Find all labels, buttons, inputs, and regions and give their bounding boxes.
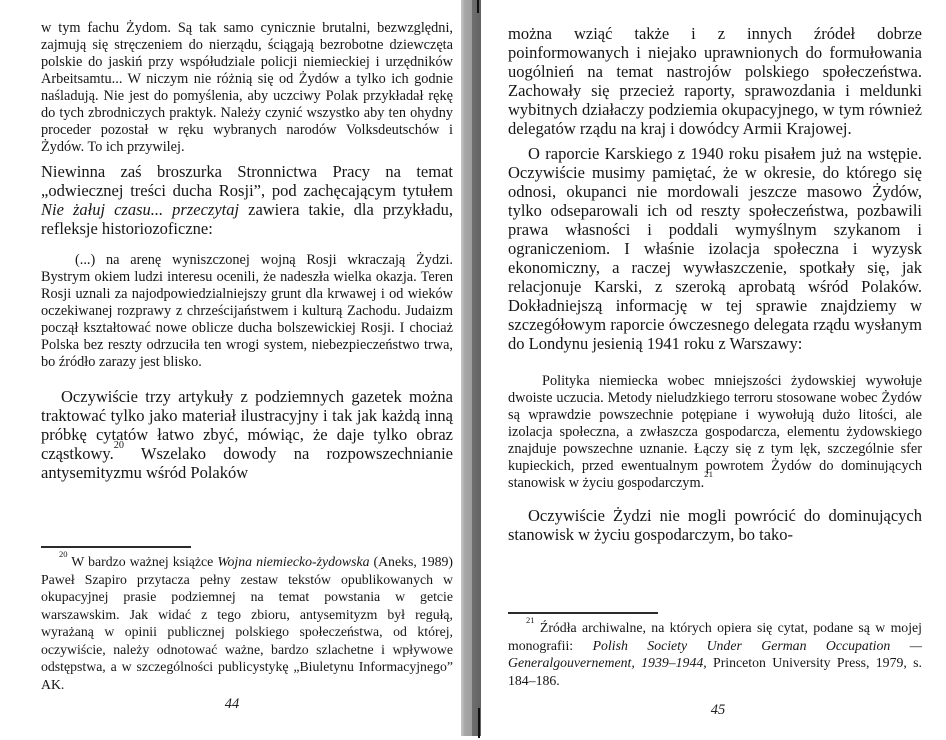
paragraph-oczywiscie: Oczywiście trzy artykuły z podziemnych g… [41,387,453,482]
gutter-mark-top [477,0,479,13]
footnote-21: 21 Źródła archiwalne, na których opiera … [508,619,922,689]
footnote-reference-20: 20 [114,440,124,451]
footnote-20-marker: 20 [59,549,68,559]
footnote-21-marker: 21 [526,615,535,625]
footnote-20-text: W bardzo ważnej książce [68,554,218,569]
footnote-rule [508,612,658,614]
footnote-area-right: 21 Źródła archiwalne, na których opiera … [508,612,922,689]
paragraph-zrodla: można wziąć także i z innych źródeł dobr… [508,24,922,138]
footnote-20-text-end: (Aneks, 1989) Paweł Szapiro przytacza pe… [41,554,453,692]
gutter-shadow-dark [472,0,481,736]
page-number-44: 44 [207,696,257,713]
footnote-rule [41,546,191,548]
gutter-shadow-light [461,0,472,736]
page-number-45: 45 [693,702,743,719]
page-45: można wziąć także i z innych źródeł dobr… [508,24,922,736]
paragraph-broszurka-text: Niewinna zaś broszurka Stronnictwa Pracy… [41,162,453,200]
paragraph-broszurka: Niewinna zaś broszurka Stronnictwa Pracy… [41,162,453,238]
paragraph-karski: O raporcie Karskiego z 1940 roku pisałem… [508,144,922,353]
footnote-20-book-title: Wojna niemiecko-żydowska [217,554,369,569]
footnote-reference-21: 21 [704,469,713,479]
gutter-mark-bottom [478,708,480,738]
footnote-area-left: 20 W bardzo ważnej książce Wojna niemiec… [41,546,453,693]
block-quote-polityka-text: Polityka niemiecka wobec mniejszości żyd… [508,373,922,491]
block-quote-polityka: Polityka niemiecka wobec mniejszości żyd… [508,373,922,492]
footnote-20: 20 W bardzo ważnej książce Wojna niemiec… [41,553,453,693]
book-title-italic: Nie żałuj czasu... przeczytaj [41,200,239,219]
page-gutter [461,0,483,738]
paragraph-powrot: Oczywiście Żydzi nie mogli powrócić do d… [508,506,922,544]
page-44: w tym fachu Żydom. Są tak samo cynicznie… [41,20,453,736]
quoted-passage-continuation: w tym fachu Żydom. Są tak samo cynicznie… [41,20,453,156]
block-quote-rosja: (...) na arenę wyniszczonej wojną Rosji … [41,252,453,371]
